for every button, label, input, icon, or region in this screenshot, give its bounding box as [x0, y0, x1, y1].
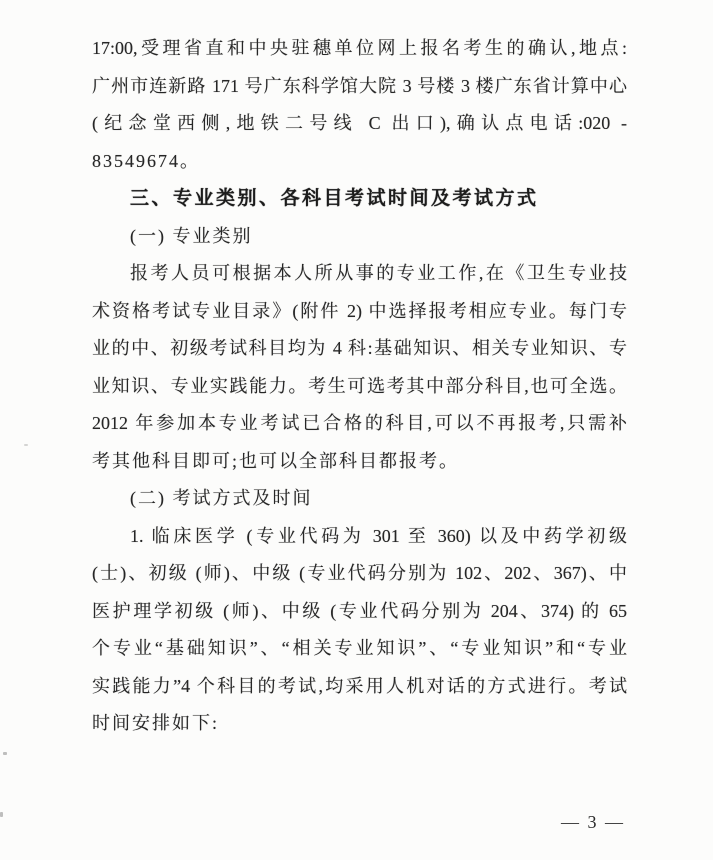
scan-artifact [3, 752, 7, 755]
text-line: 业知识、专业实践能力。考生可选考其中部分科目,也可全选。 [92, 368, 627, 406]
text-line: 业的中、初级考试科目均为 4 科:基础知识、相关专业知识、专 [92, 330, 627, 368]
text-line: 时间安排如下: [92, 705, 627, 743]
text-line: (一) 专业类别 [92, 218, 627, 256]
text-line: 2012 年参加本专业考试已合格的科目,可以不再报考,只需补 [92, 405, 627, 443]
text-line: (二) 考试方式及时间 [92, 480, 627, 518]
text-line: 术资格考试专业目录》(附件 2) 中选择报考相应专业。每门专 [92, 293, 627, 331]
text-line: 83549674。 [92, 143, 627, 181]
text-line: 报考人员可根据本人所从事的专业工作,在《卫生专业技 [92, 255, 627, 293]
text-line: 1. 临床医学 (专业代码为 301 至 360) 以及中药学初级 [92, 518, 627, 556]
page-number: — 3 — [92, 812, 625, 833]
text-line: (士)、初级 (师)、中级 (专业代码分别为 102、202、367)、中 [92, 555, 627, 593]
text-line: 广州市连新路 171 号广东科学馆大院 3 号楼 3 楼广东省计算中心 [92, 68, 627, 106]
scan-artifact [198, 78, 203, 81]
scanned-document-page: 17:00,受理省直和中央驻穗单位网上报名考生的确认,地点:广州市连新路 171… [0, 0, 713, 860]
document-body: 17:00,受理省直和中央驻穗单位网上报名考生的确认,地点:广州市连新路 171… [92, 30, 627, 743]
text-line: 考其他科目即可;也可以全部科目都报考。 [92, 443, 627, 481]
text-line: (纪念堂西侧,地铁二号线 C 出口),确认点电话:020 - [92, 105, 627, 143]
text-line: 个专业“基础知识”、“相关专业知识”、“专业知识”和“专业 [92, 630, 627, 668]
scan-artifact [24, 444, 28, 446]
section-heading: 三、专业类别、各科目考试时间及考试方式 [92, 180, 627, 218]
text-line: 实践能力”4 个科目的考试,均采用人机对话的方式进行。考试 [92, 668, 627, 706]
text-line: 医护理学初级 (师)、中级 (专业代码分别为 204、374) 的 65 [92, 593, 627, 631]
scan-artifact [0, 812, 3, 817]
text-line: 17:00,受理省直和中央驻穗单位网上报名考生的确认,地点: [92, 30, 627, 68]
